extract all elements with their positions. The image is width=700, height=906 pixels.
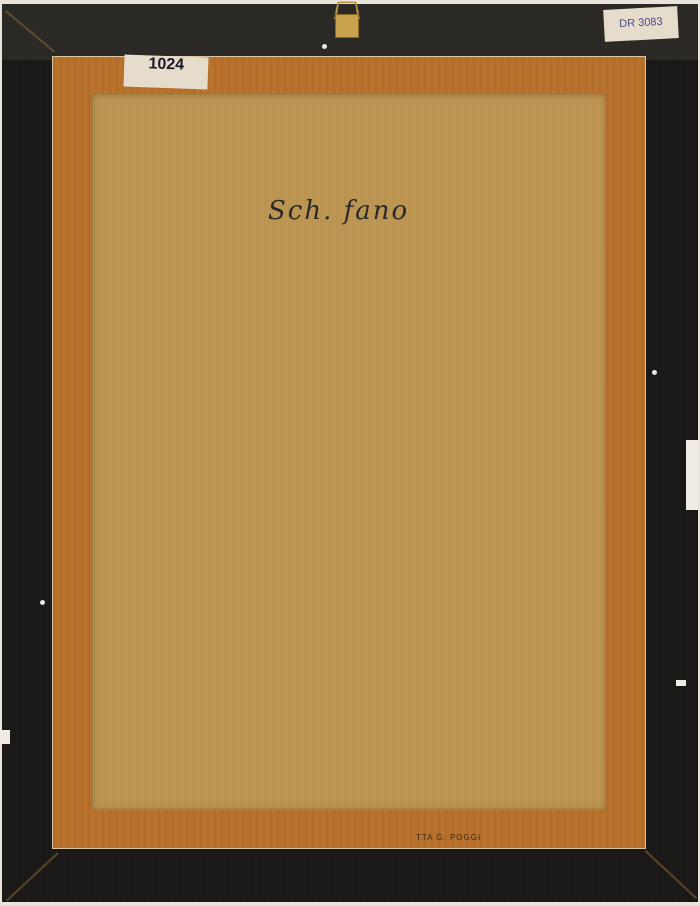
paint-chip [0, 730, 10, 744]
catalog-tape-label: DR 3083 [603, 6, 679, 42]
paint-chip [676, 680, 686, 686]
paint-chip [686, 440, 698, 510]
inventory-tape-label: 1024 [123, 55, 208, 90]
screw-icon [322, 44, 327, 49]
framer-stamp: TTA G. POGGI [416, 833, 481, 842]
screw-icon [652, 370, 657, 375]
artist-signature: Sch. fano [268, 196, 409, 226]
screw-icon [40, 600, 45, 605]
hanger-bracket-icon [335, 14, 359, 38]
